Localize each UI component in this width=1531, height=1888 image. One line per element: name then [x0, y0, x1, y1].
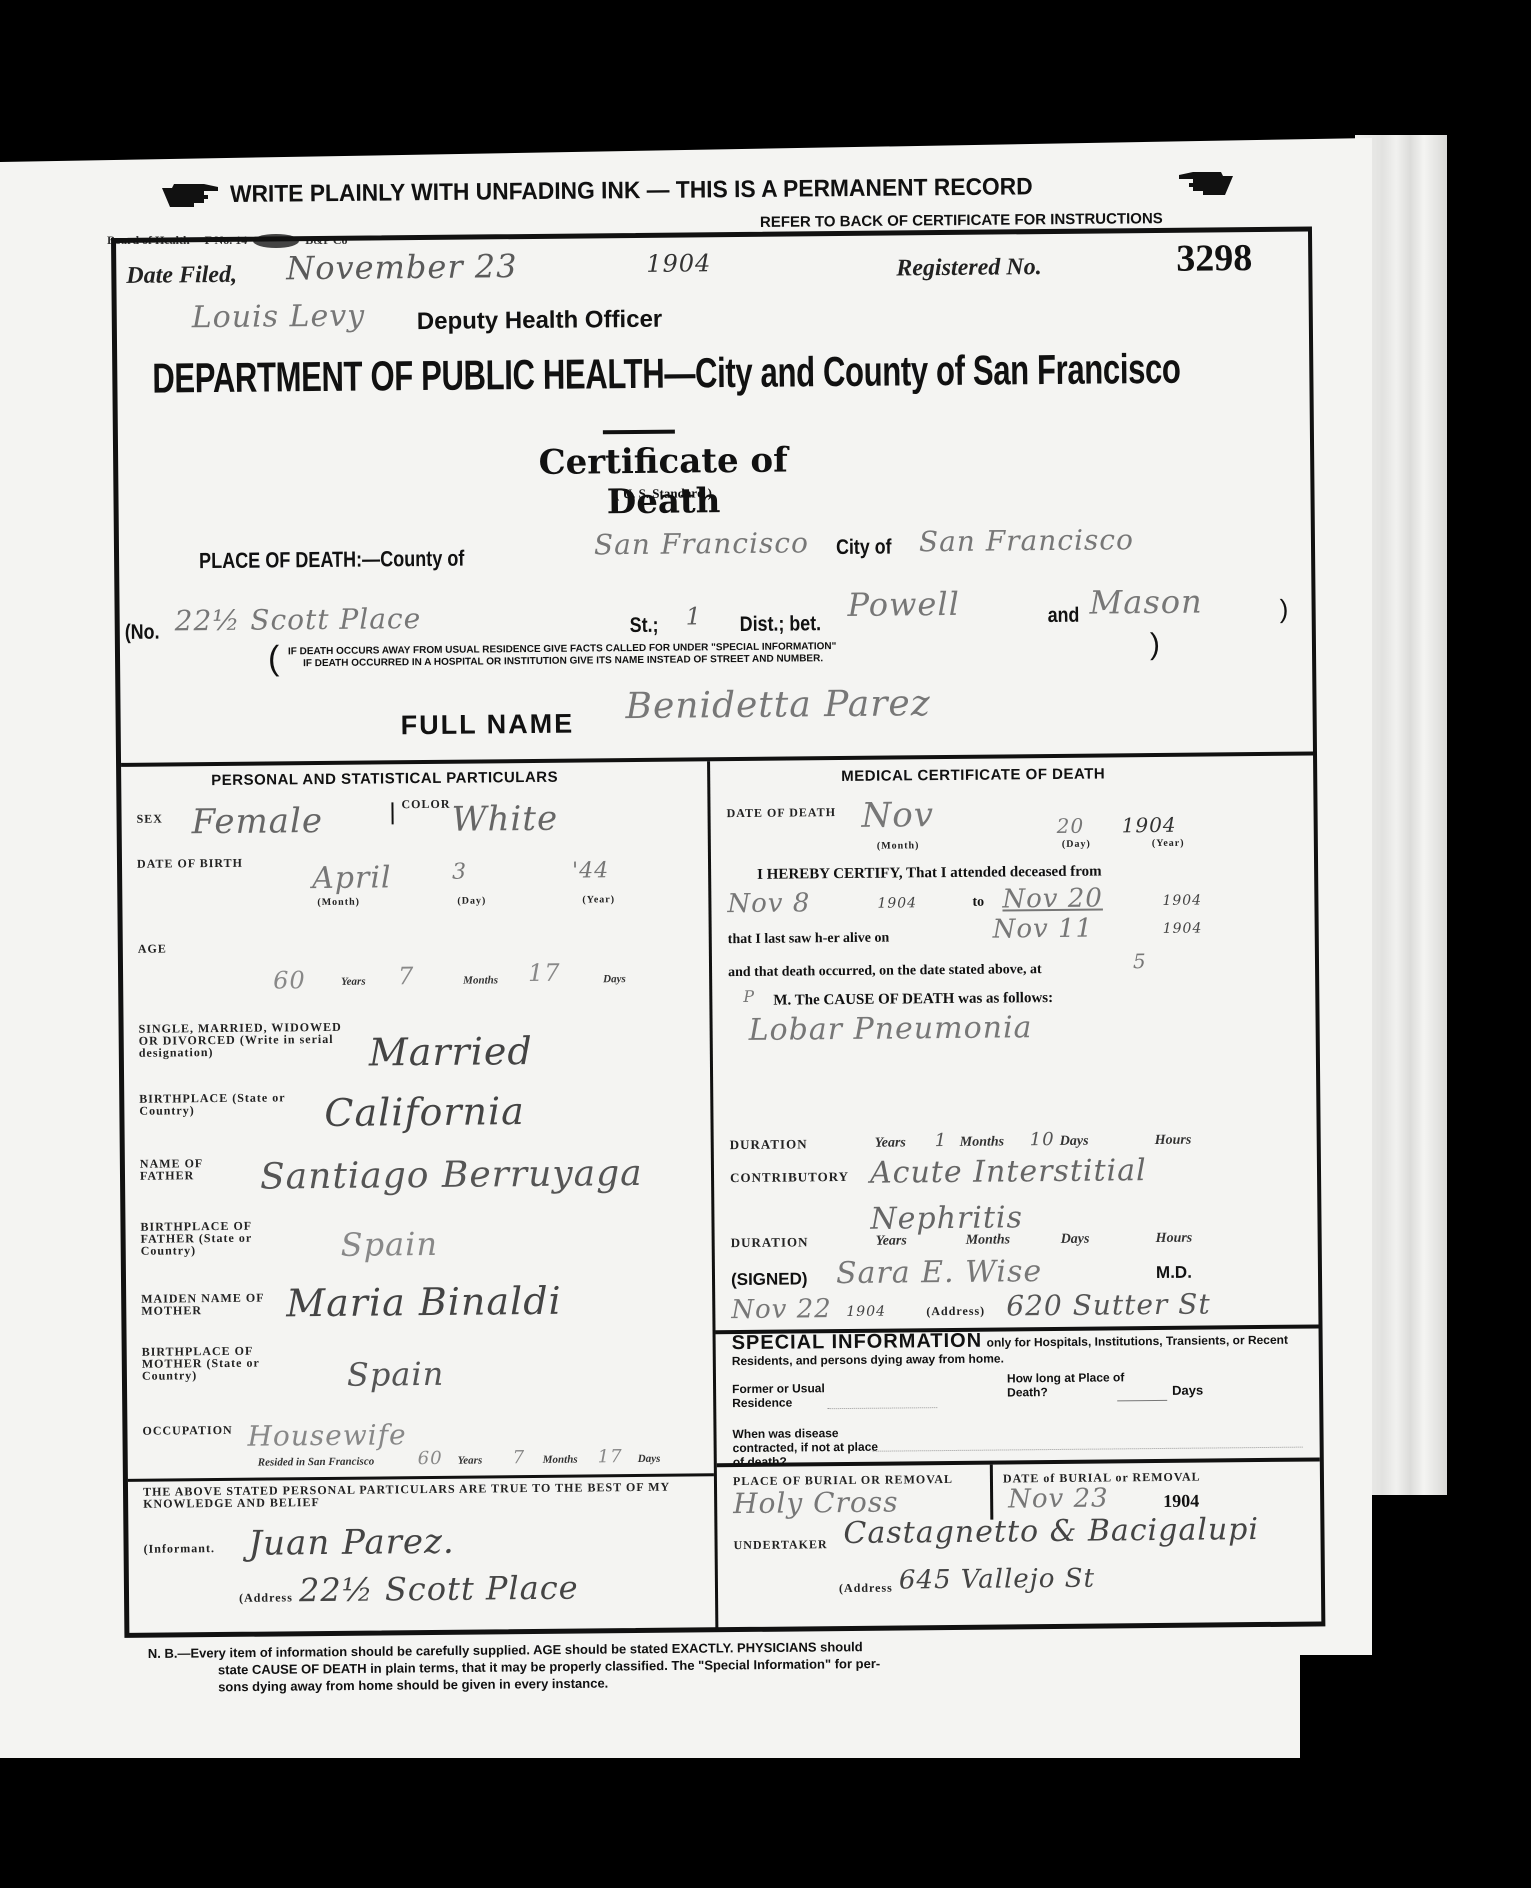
dob-month-caption: (Month) [317, 897, 360, 909]
attended-to[interactable]: Nov 20 [1002, 884, 1103, 915]
st-label: St.; [630, 614, 659, 638]
to-label: to [972, 895, 984, 911]
resided-years-caption: Years [458, 1454, 483, 1466]
contracted-input[interactable] [873, 1437, 1303, 1452]
duration-days[interactable]: 10 [1030, 1129, 1055, 1150]
attended-from-year[interactable]: 1904 [877, 895, 917, 911]
informant-label: (Informant. [144, 1542, 215, 1555]
district-value[interactable]: 1 [686, 602, 703, 630]
father-birthplace-label: BIRTHPLACE OF FATHER (State or Country) [140, 1219, 280, 1256]
how-long-label: How long at Place of Death? [1007, 1370, 1127, 1399]
officer-signature[interactable]: Louis Levy [192, 299, 366, 336]
dod-month-caption: (Month) [877, 840, 920, 852]
street-value[interactable]: 22½ Scott Place [175, 602, 422, 637]
age-months-caption: Months [463, 974, 498, 986]
county-value[interactable]: San Francisco [594, 526, 809, 561]
close-paren-2: ) [1150, 628, 1160, 662]
how-long-input[interactable] [1117, 1388, 1167, 1401]
signed-date[interactable]: Nov 22 [731, 1294, 832, 1325]
duration2-days-label: Days [1061, 1232, 1090, 1248]
color-value[interactable]: White [451, 799, 558, 840]
sex-label: SEX [137, 813, 163, 825]
registered-label: Registered No. [896, 254, 1042, 282]
contributory-value[interactable]: Acute Interstitial Nephritis [870, 1147, 1301, 1243]
mother-birthplace-value[interactable]: Spain [347, 1355, 445, 1394]
special-heading: SPECIAL INFORMATION [732, 1330, 983, 1354]
cause-intro: M. The CAUSE OF DEATH was as follows: [773, 990, 1053, 1010]
pointing-hand-right-icon [1177, 170, 1235, 198]
undertaker-value[interactable]: Castagnetto & Bacigalupi [843, 1512, 1259, 1551]
city-label: City of [836, 536, 892, 561]
resided-days-caption: Days [638, 1453, 661, 1465]
duration2-months-label: Months [966, 1232, 1011, 1248]
sex-color-divider [391, 802, 393, 824]
duration-months[interactable]: 1 [935, 1130, 948, 1151]
undertaker-label: UNDERTAKER [734, 1538, 828, 1551]
medical-heading: MEDICAL CERTIFICATE OF DEATH [841, 765, 1105, 785]
duration2-hours-label: Hours [1156, 1231, 1193, 1247]
color-label: COLOR [401, 798, 450, 810]
attended-to-year[interactable]: 1904 [1162, 893, 1202, 909]
date-filed-year[interactable]: 1904 [646, 249, 711, 278]
dob-year-caption: (Year) [582, 894, 615, 906]
pointing-hand-left-icon [160, 180, 220, 210]
standard-subtitle: ( U. S. Standard ) [498, 484, 828, 503]
duration-months-label: Months [960, 1134, 1005, 1150]
age-days[interactable]: 17 [528, 959, 561, 987]
burial-date[interactable]: Nov 23 [1008, 1483, 1109, 1514]
mother-value[interactable]: Maria Binaldi [286, 1279, 562, 1326]
district-label: Dist.; bet. [740, 612, 822, 637]
how-long-days-label: Days [1172, 1383, 1203, 1398]
age-months[interactable]: 7 [398, 962, 415, 990]
dob-day[interactable]: 3 [452, 860, 467, 885]
birthplace-label: BIRTHPLACE (State or Country) [139, 1091, 289, 1116]
resided-label: Resided in San Francisco [258, 1456, 375, 1469]
street-no-label: (No. [125, 621, 160, 645]
age-years[interactable]: 60 [273, 966, 306, 994]
duration-hours-label: Hours [1155, 1133, 1192, 1149]
date-filed-value[interactable]: November 23 [286, 247, 518, 287]
undertaker-address-label: (Address [839, 1582, 893, 1595]
marital-label: SINGLE, MARRIED, WIDOWED OR DIVORCED (Wr… [139, 1021, 359, 1059]
resided-months-caption: Months [543, 1454, 578, 1466]
occupation-value[interactable]: Housewife [247, 1418, 406, 1453]
sex-value[interactable]: Female [191, 801, 323, 842]
duration-label: DURATION [730, 1138, 808, 1151]
place-of-death-label: PLACE OF DEATH:—County of [199, 546, 464, 575]
dob-label: DATE OF BIRTH [137, 857, 243, 870]
department-title: DEPARTMENT OF PUBLIC HEALTH—City and Cou… [152, 345, 1181, 403]
dob-day-caption: (Day) [457, 895, 486, 907]
duration-years-label: Years [875, 1135, 906, 1151]
dod-day-caption: (Day) [1062, 839, 1091, 851]
burial-place-label: PLACE OF BURIAL OR REMOVAL [733, 1473, 953, 1487]
signed-label: (SIGNED) [731, 1269, 808, 1290]
between-street-1[interactable]: Powell [847, 585, 960, 624]
dod-year[interactable]: 1904 [1122, 813, 1177, 838]
city-value[interactable]: San Francisco [919, 523, 1134, 558]
footnote: N. B.—Every item of information should b… [148, 1638, 881, 1696]
attended-from[interactable]: Nov 8 [727, 888, 810, 919]
date-filed-label: Date Filed, [126, 262, 237, 290]
occupation-label: OCCUPATION [142, 1424, 232, 1437]
close-paren: ) [1279, 594, 1288, 625]
undertaker-address[interactable]: 645 Vallejo St [899, 1564, 1095, 1596]
father-birthplace-value[interactable]: Spain [340, 1225, 438, 1264]
between-street-2[interactable]: Mason [1089, 583, 1203, 622]
mother-birthplace-label: BIRTHPLACE OF MOTHER (State or Country) [142, 1344, 282, 1381]
former-residence-label: Former or Usual Residence [732, 1381, 842, 1410]
resided-months[interactable]: 7 [513, 1447, 526, 1468]
informant-address-label: (Address [239, 1591, 293, 1604]
certify-text: I HEREBY CERTIFY, That I attended deceas… [757, 864, 1102, 884]
age-years-caption: Years [341, 976, 366, 988]
resided-days[interactable]: 17 [598, 1446, 623, 1467]
mother-label: MAIDEN NAME OF MOTHER [141, 1292, 271, 1317]
duration2-years-label: Years [876, 1233, 907, 1249]
cause-of-death[interactable]: Lobar Pneumonia [748, 1010, 1032, 1048]
burial-column-divider [990, 1465, 994, 1520]
age-days-caption: Days [603, 973, 626, 985]
duration-days-label: Days [1060, 1134, 1089, 1150]
last-saw-label: that I last saw h-er alive on [728, 931, 890, 949]
scan-shadow [1300, 1655, 1531, 1888]
registered-number[interactable]: 3298 [1176, 236, 1252, 281]
dod-day[interactable]: 20 [1057, 814, 1085, 838]
dob-year[interactable]: '44 [572, 858, 609, 883]
open-paren: ( [268, 643, 280, 673]
burial-date-label: DATE of BURIAL or REMOVAL [1003, 1471, 1201, 1485]
resided-years[interactable]: 60 [418, 1448, 443, 1469]
death-meridiem[interactable]: P [743, 987, 755, 1006]
physician-address[interactable]: 620 Sutter St [1006, 1287, 1211, 1322]
birthplace-value[interactable]: California [324, 1089, 525, 1135]
signed-year[interactable]: 1904 [846, 1304, 886, 1320]
physician-signature[interactable]: Sara E. Wise [836, 1254, 1043, 1291]
informant-statement: THE ABOVE STATED PERSONAL PARTICULARS AR… [143, 1480, 703, 1509]
last-saw-date[interactable]: Nov 11 [993, 914, 1094, 945]
occurred-text: and that death occurred, on the date sta… [728, 962, 1042, 981]
section-divider [121, 751, 1313, 766]
father-value[interactable]: Santiago Berruyaga [260, 1153, 643, 1198]
full-name-label: FULL NAME [401, 709, 575, 742]
death-hour[interactable]: 5 [1133, 949, 1147, 973]
title-divider [603, 430, 675, 435]
marital-value[interactable]: Married [369, 1029, 533, 1075]
duration2-label: DURATION [731, 1236, 809, 1249]
father-label: NAME OF FATHER [140, 1157, 230, 1182]
contributory-label: CONTRIBUTORY [730, 1171, 849, 1184]
personal-heading: PERSONAL AND STATISTICAL PARTICULARS [211, 769, 558, 789]
officer-title: Deputy Health Officer [417, 306, 663, 336]
dod-month[interactable]: Nov [861, 795, 934, 836]
certificate-title: Certificate of Death [498, 440, 829, 523]
former-residence-input[interactable] [827, 1395, 937, 1409]
md-label: M.D. [1156, 1263, 1192, 1283]
dob-month[interactable]: April [312, 860, 392, 896]
certificate-frame: Date Filed, November 23 1904 Registered … [111, 226, 1325, 1637]
column-divider [707, 761, 718, 1631]
informant-name[interactable]: Juan Parez. [248, 1522, 455, 1564]
informant-address[interactable]: 22½ Scott Place [299, 1569, 579, 1610]
age-label: AGE [138, 942, 167, 954]
burial-year[interactable]: 1904 [1163, 1491, 1199, 1512]
dod-year-caption: (Year) [1152, 838, 1185, 850]
dod-label: DATE OF DEATH [726, 806, 836, 819]
physician-address-label: (Address) [926, 1305, 985, 1318]
last-saw-year[interactable]: 1904 [1163, 921, 1203, 937]
full-name-value[interactable]: Benidetta Parez [625, 683, 931, 727]
and-label: and [1048, 604, 1080, 628]
